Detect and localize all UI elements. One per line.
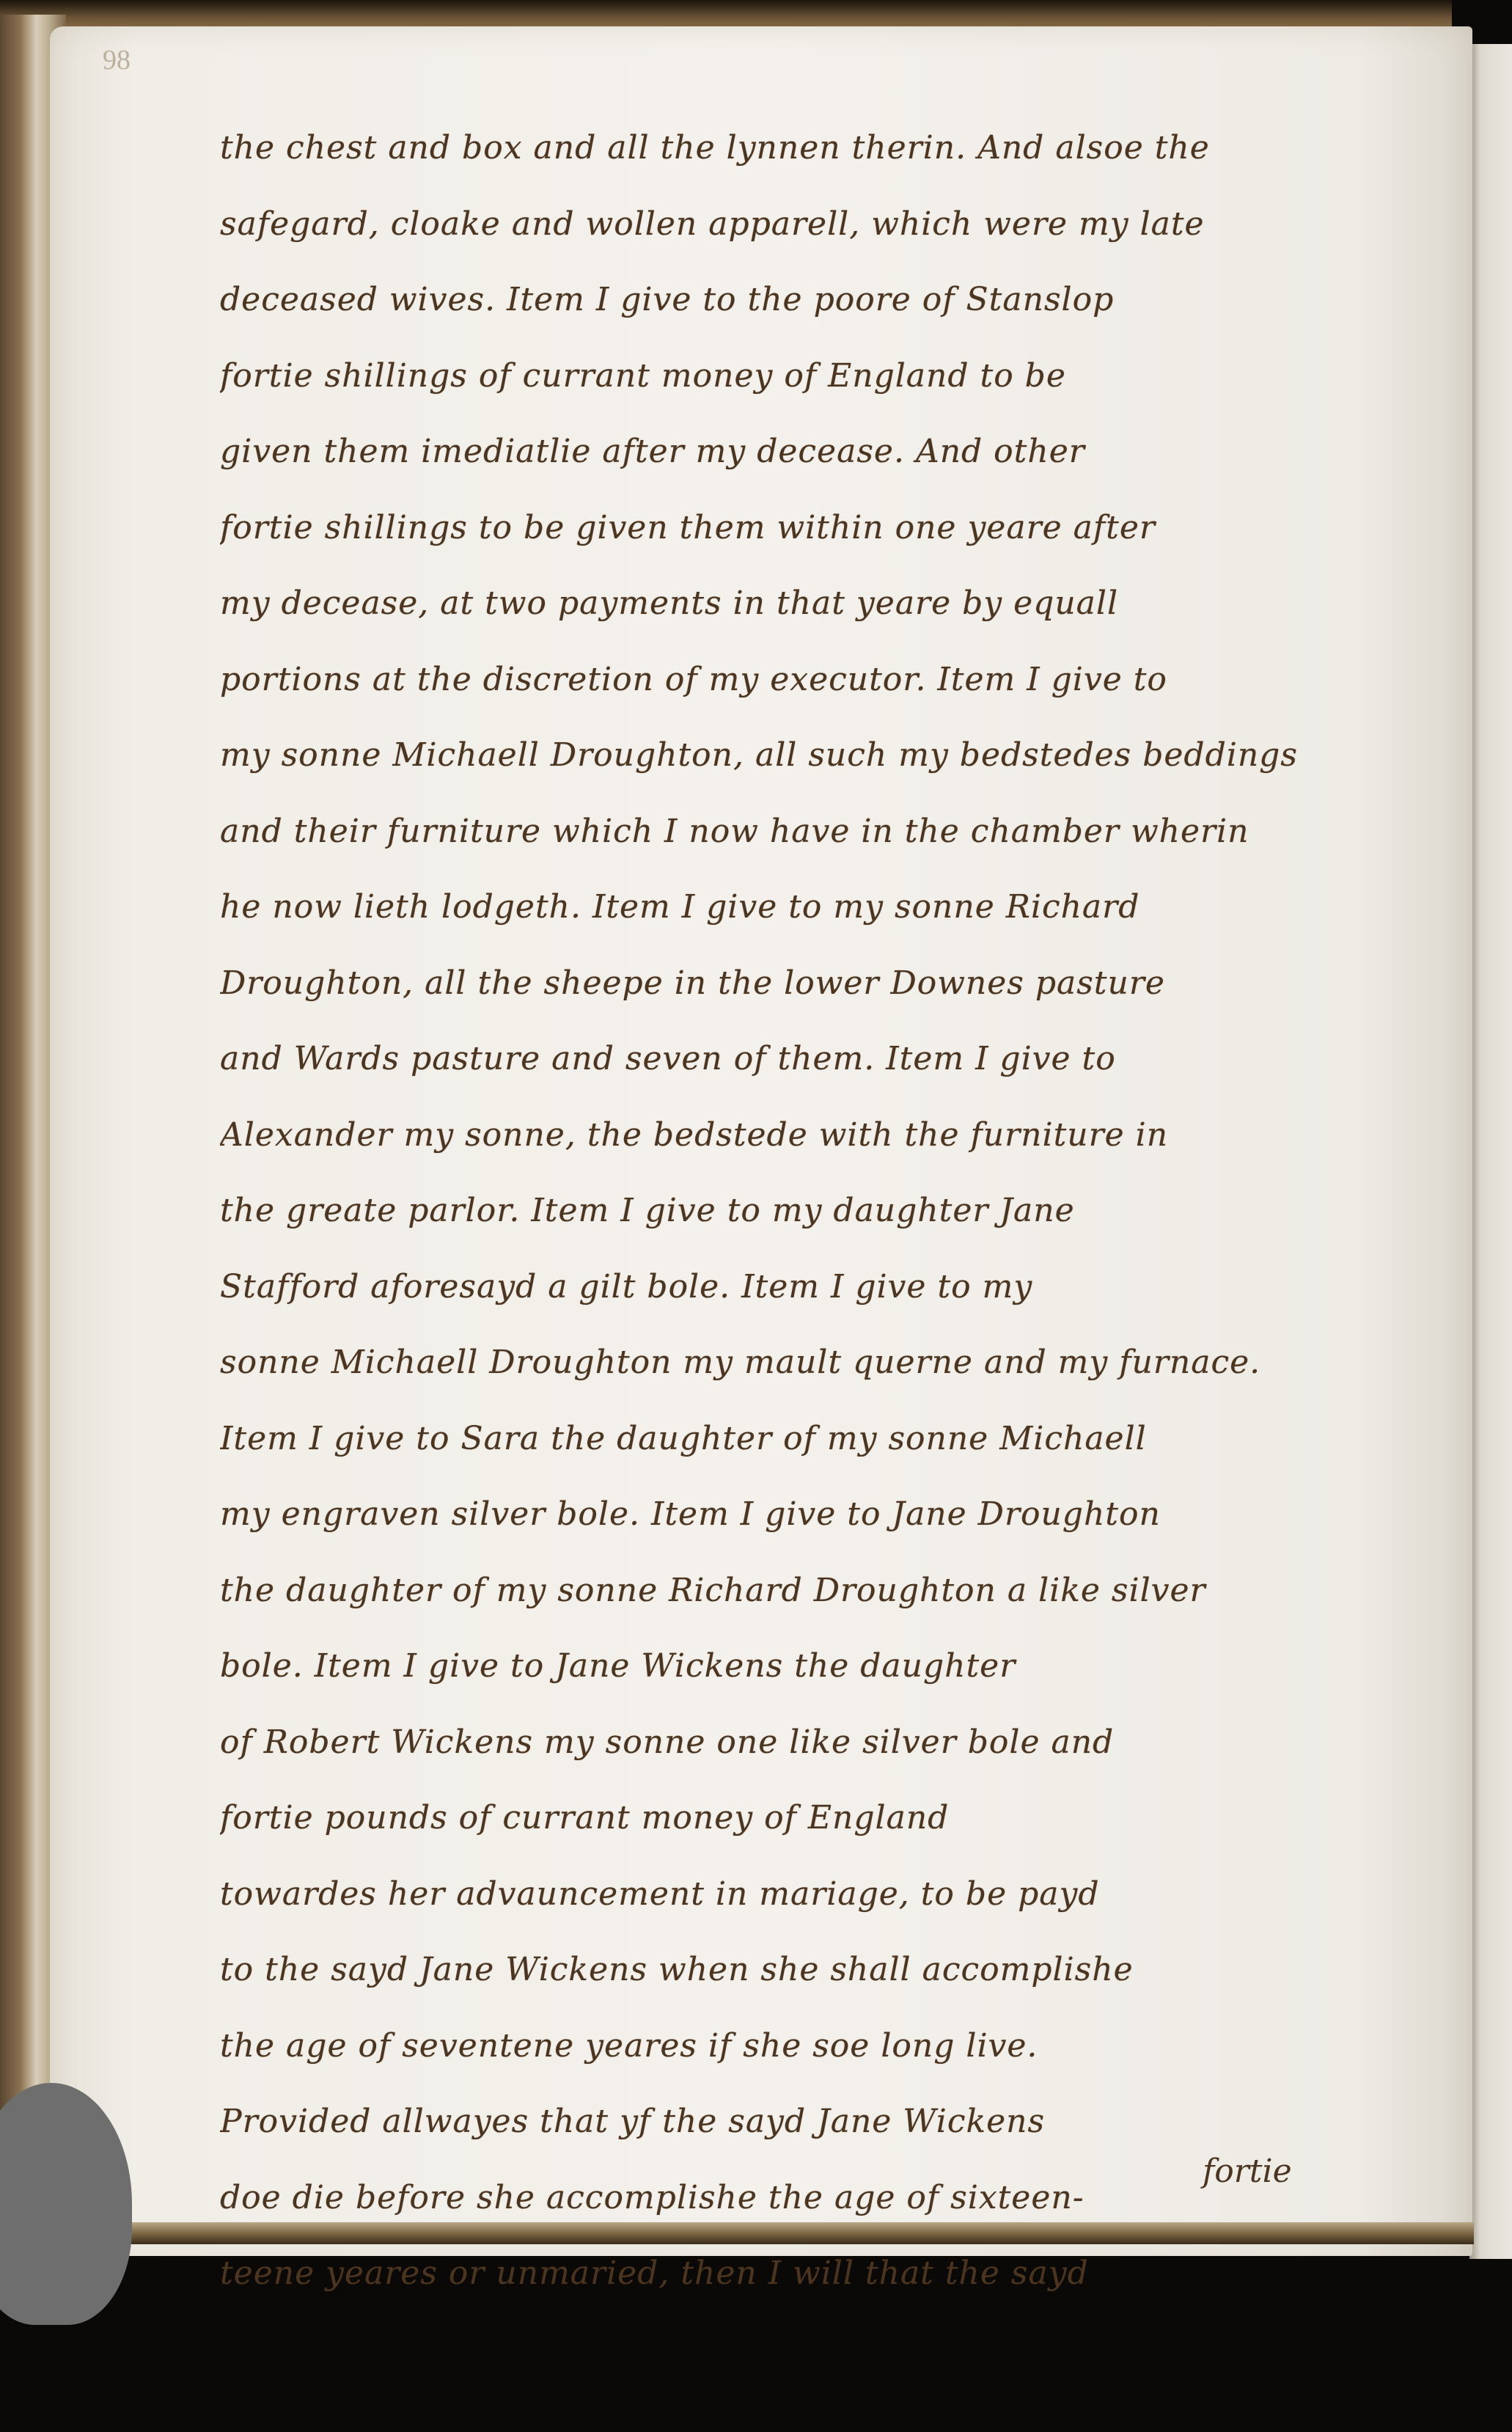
text-line: the daughter of my sonne Richard Drought… (220, 1553, 1467, 1629)
text-line: Item I give to Sara the daughter of my s… (220, 1401, 1467, 1477)
text-line: of Robert Wickens my sonne one like silv… (220, 1704, 1467, 1781)
text-line: the chest and box and all the lynnen the… (220, 110, 1467, 186)
text-line: Alexander my sonne, the bedstede with th… (220, 1097, 1467, 1173)
text-line: Stafford aforesayd a gilt bole. Item I g… (220, 1249, 1467, 1325)
text-line: my decease, at two payments in that year… (220, 565, 1467, 642)
text-line: to the sayd Jane Wickens when she shall … (220, 1932, 1467, 2008)
text-line: and their furniture which I now have in … (220, 794, 1467, 870)
text-line: given them imediatlie after my decease. … (220, 414, 1467, 490)
text-line: and Wards pasture and seven of them. Ite… (220, 1021, 1467, 1097)
text-line: safegard, cloake and wollen apparell, wh… (220, 186, 1467, 263)
text-line: my engraven silver bole. Item I give to … (220, 1476, 1467, 1553)
catchword: fortie (1203, 2153, 1292, 2190)
text-line: fortie shillings of currant money of Eng… (220, 338, 1467, 414)
text-line: teene yeares or unmaried, then I will th… (220, 2235, 1467, 2312)
text-line: Provided allwayes that yf the sayd Jane … (220, 2084, 1467, 2160)
text-line: the age of seventene yeares if she soe l… (220, 2008, 1467, 2084)
text-line: he now lieth lodgeth. Item I give to my … (220, 869, 1467, 945)
text-line: fortie pounds of currant money of Englan… (220, 1780, 1467, 1856)
text-line: bole. Item I give to Jane Wickens the da… (220, 1628, 1467, 1704)
manuscript-text: the chest and box and all the lynnen the… (220, 110, 1467, 2312)
text-line: Droughton, all the sheepe in the lower D… (220, 945, 1467, 1022)
text-line: portions at the discretion of my executo… (220, 642, 1467, 718)
folio-number: 98 (103, 44, 131, 76)
text-line: sonne Michaell Droughton my mault querne… (220, 1325, 1467, 1401)
text-line: my sonne Michaell Droughton, all such my… (220, 717, 1467, 794)
text-line: deceased wives. Item I give to the poore… (220, 262, 1467, 338)
text-line: fortie shillings to be given them within… (220, 490, 1467, 566)
text-line: towardes her advauncement in mariage, to… (220, 1856, 1467, 1933)
facing-page-edge (1469, 44, 1512, 2259)
text-line: the greate parlor. Item I give to my dau… (220, 1173, 1467, 1249)
